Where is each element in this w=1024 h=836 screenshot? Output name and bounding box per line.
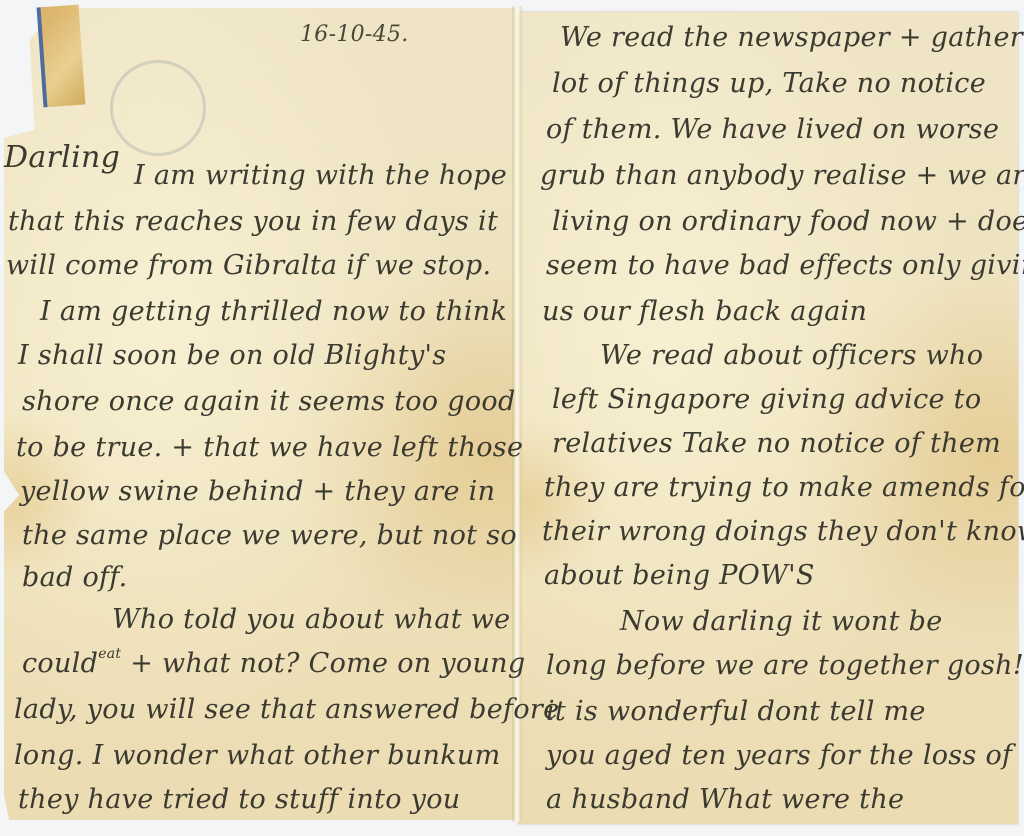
right-line-18: a husband What were the — [546, 784, 904, 815]
right-line-4: grub than anybody realise + we are — [540, 160, 1024, 191]
left-line-15: they have tried to stuff into you — [18, 784, 460, 815]
torn-tape-corner — [37, 5, 86, 108]
left-line-6: shore once again it seems too good — [22, 386, 516, 417]
left-line-14: long. I wonder what other bunkum — [14, 740, 501, 771]
left-line-10: bad off. — [22, 562, 128, 593]
right-line-9: left Singapore giving advice to — [552, 384, 981, 415]
right-line-11: they are trying to make amends for — [544, 472, 1024, 503]
left-line-8: yellow swine behind + they are in — [20, 476, 495, 507]
left-line-2: that this reaches you in few days it — [8, 206, 498, 237]
left-line-12-start: could — [22, 648, 98, 679]
right-line-16: it is wonderful dont tell me — [546, 696, 926, 727]
faded-postmark-stamp — [110, 60, 206, 156]
right-line-17: you aged ten years for the loss of — [546, 740, 1012, 771]
letter-salutation: Darling — [4, 140, 120, 175]
left-line-5: I shall soon be on old Blighty's — [18, 340, 446, 371]
left-line-13: lady, you will see that answered before — [14, 694, 559, 725]
left-line-11: Who told you about what we — [112, 604, 510, 635]
right-line-1: We read the newspaper + gather a — [560, 22, 1024, 53]
right-line-3: of them. We have lived on worse — [546, 114, 999, 145]
right-line-2: lot of things up, Take no notice — [552, 68, 986, 99]
right-line-8: We read about officers who — [600, 340, 983, 371]
left-line-9: the same place we were, but not so — [22, 520, 517, 551]
left-line-1: I am writing with the hope — [134, 160, 507, 191]
letter-date: 16-10-45. — [300, 22, 409, 47]
right-line-14: Now darling it wont be — [620, 606, 943, 637]
right-line-7: us our flesh back again — [542, 296, 867, 327]
left-line-12: couldeat + what not? Come on young — [22, 648, 525, 679]
left-line-7: to be true. + that we have left those — [16, 432, 523, 463]
left-line-12-end: + what not? Come on young — [130, 648, 525, 679]
left-line-4: I am getting thrilled now to think — [40, 296, 507, 327]
right-line-12: their wrong doings they don't know — [542, 516, 1024, 547]
right-line-13: about being POW'S — [544, 560, 815, 591]
left-line-3: will come from Gibralta if we stop. — [6, 250, 491, 281]
right-line-5: living on ordinary food now + doesn't — [552, 206, 1024, 237]
right-line-10: relatives Take no notice of them — [552, 428, 1001, 459]
right-line-6: seem to have bad effects only giving — [546, 250, 1024, 281]
inserted-word: eat — [98, 646, 121, 662]
right-line-15: long before we are together gosh! — [546, 650, 1024, 681]
